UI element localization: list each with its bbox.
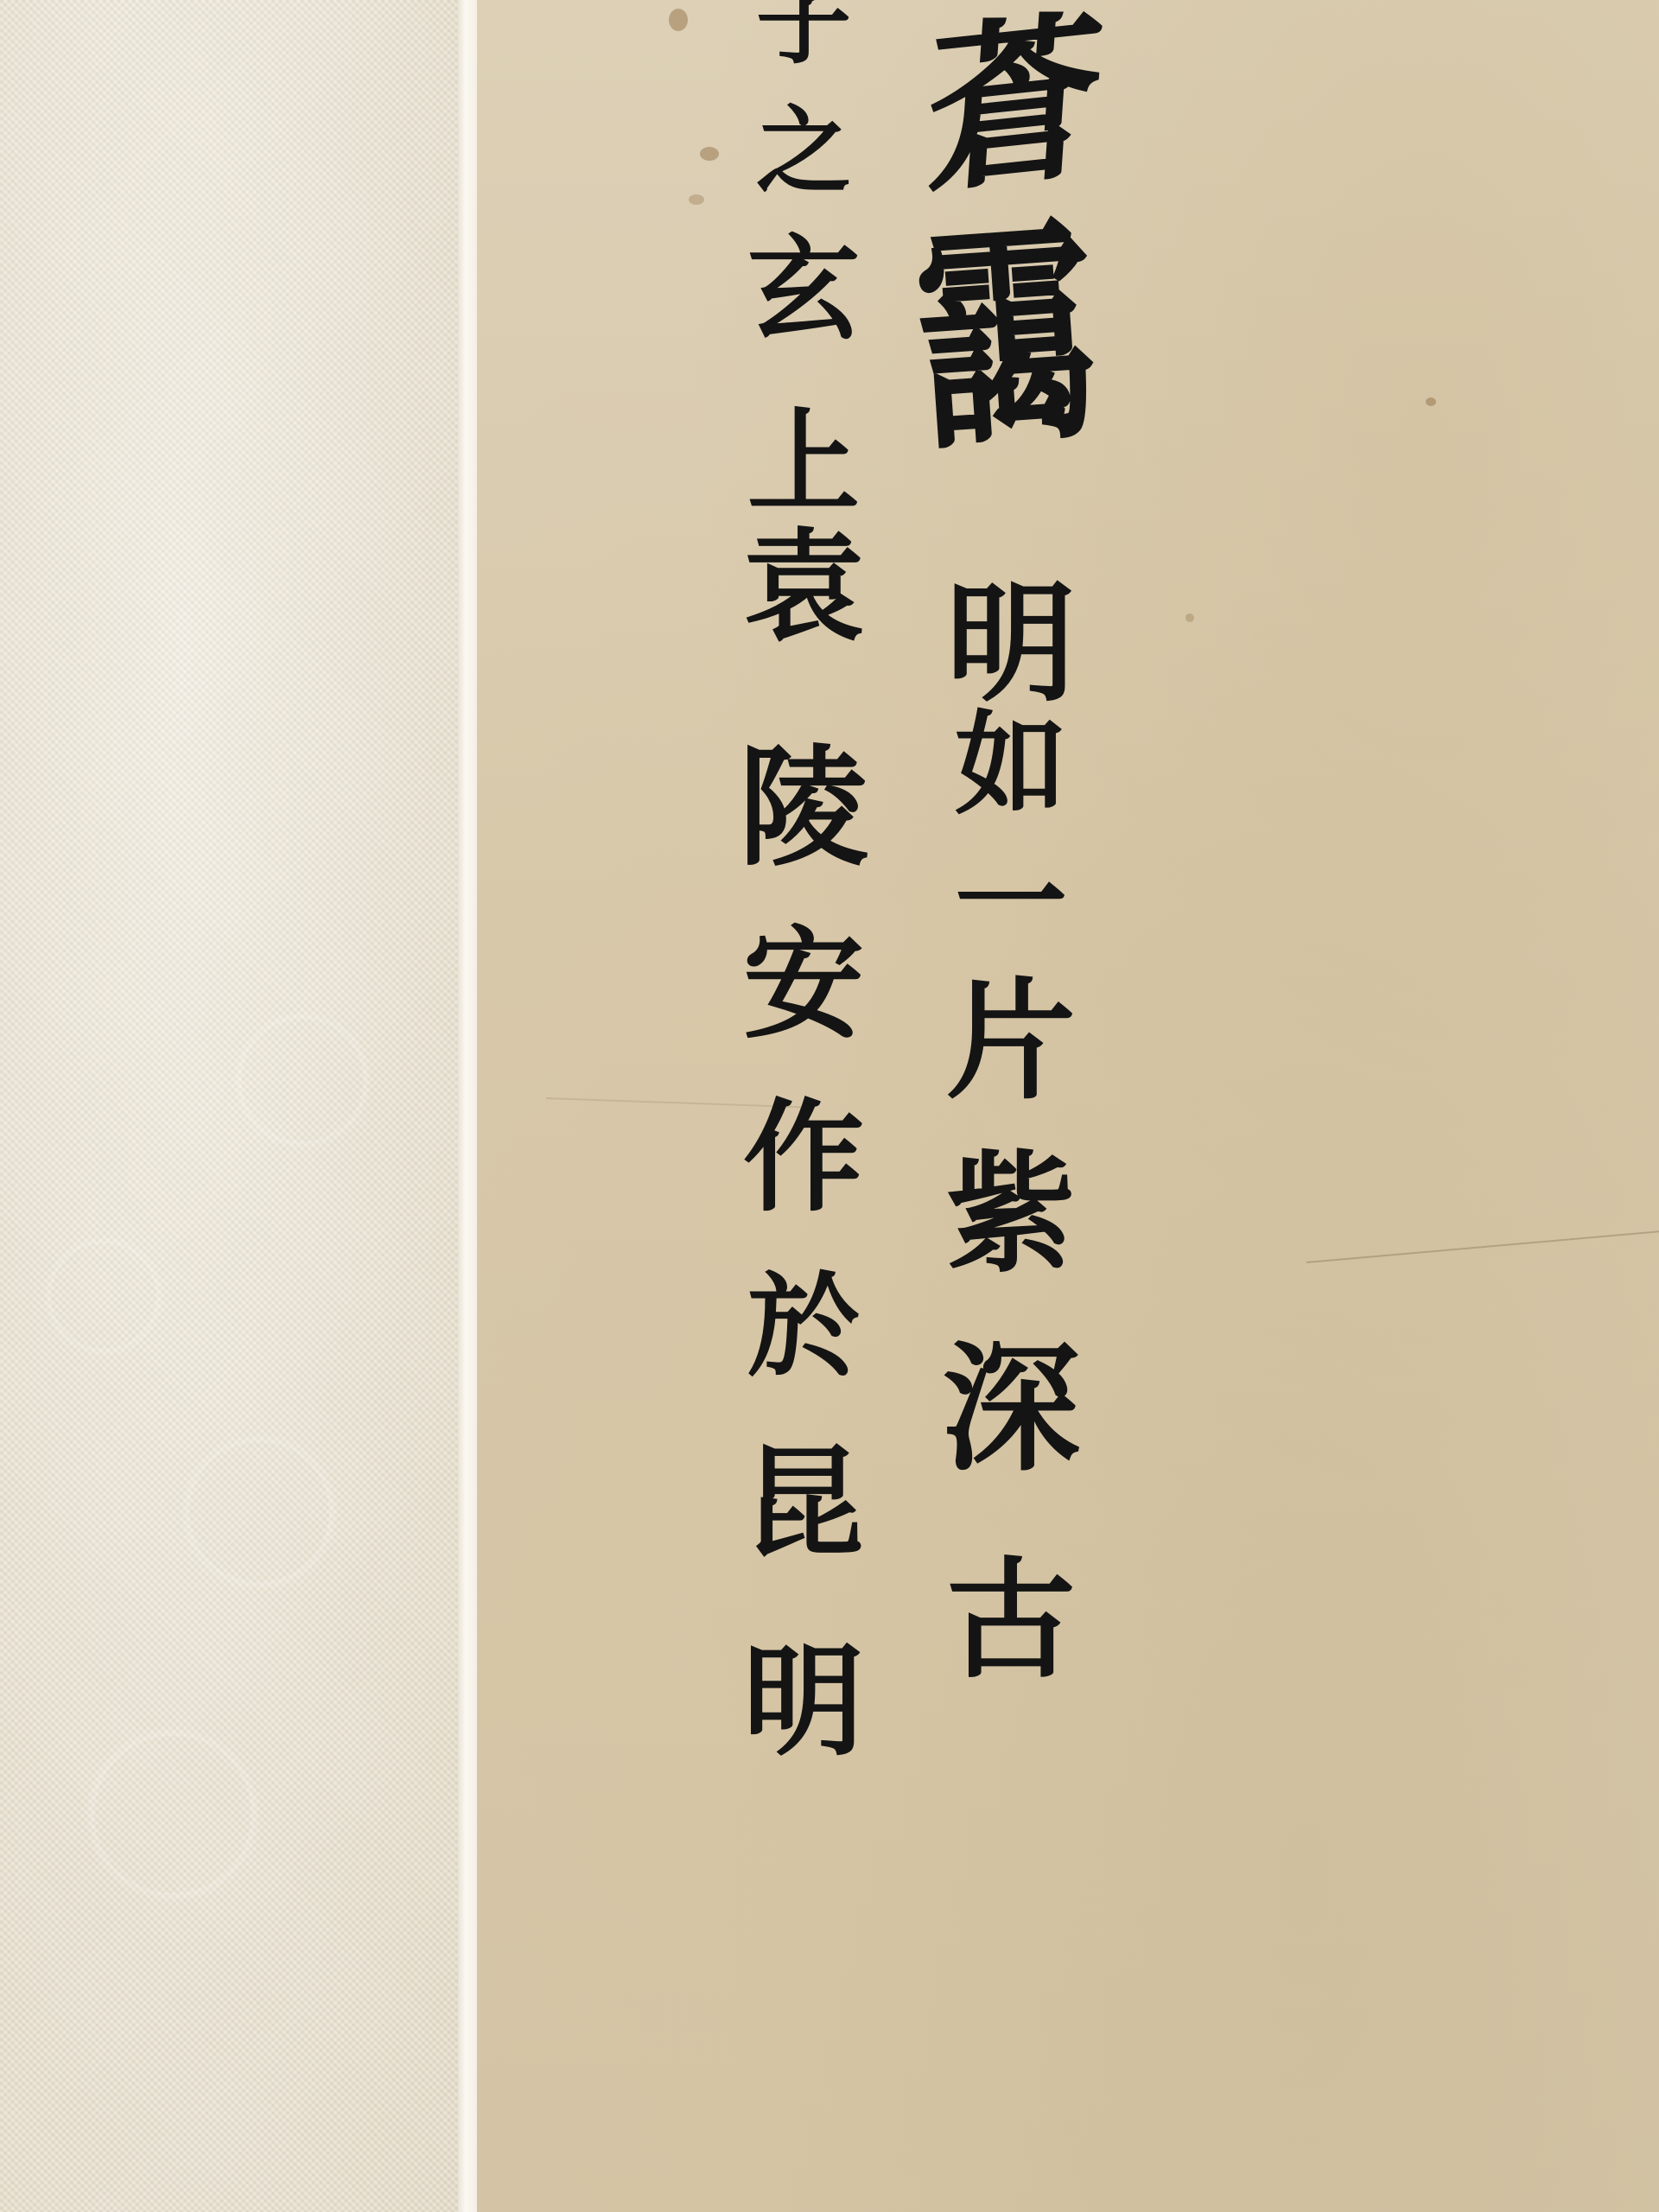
calligraphy-character: 袁 (743, 527, 864, 743)
calligraphy-character: 一 (955, 847, 1067, 976)
calligraphy-character: 上 (747, 406, 860, 527)
calligraphy-character: 之 (756, 104, 851, 233)
paper-stain (669, 9, 688, 31)
calligraphy-character: 古 (946, 1555, 1076, 1728)
calligraphy-character: 作 (743, 1097, 864, 1270)
calligraphy-character: 子 (756, 0, 851, 104)
silk-damask-pattern (0, 0, 458, 2212)
calligraphy-character: 於 (747, 1270, 860, 1443)
calligraphy-column-right: 蒼 靄 明 如 一 片 紫 深 古 (899, 17, 1123, 1728)
calligraphy-character: 靄 (906, 215, 1116, 632)
calligraphy-character: 紫 (946, 1149, 1076, 1339)
calligraphy-character: 玄 (747, 233, 860, 406)
calligraphy-character: 陵 (739, 743, 868, 925)
calligraphy-character: 如 (955, 709, 1067, 847)
calligraphy-character: 片 (946, 976, 1076, 1149)
calligraphy-character: 明 (743, 1642, 864, 1815)
calligraphy-character: 深 (942, 1339, 1080, 1555)
paper-stain (1426, 397, 1436, 406)
calligraphy-column-left: 子 之 玄 上 袁 陵 安 作 於 昆 明 (691, 0, 916, 1815)
scroll-edge-strip (458, 0, 477, 2212)
calligraphy-character: 安 (743, 925, 864, 1097)
paper-stain (1185, 613, 1194, 622)
calligraphy-character: 昆 (743, 1443, 864, 1642)
paper-crease (1306, 1230, 1659, 1263)
